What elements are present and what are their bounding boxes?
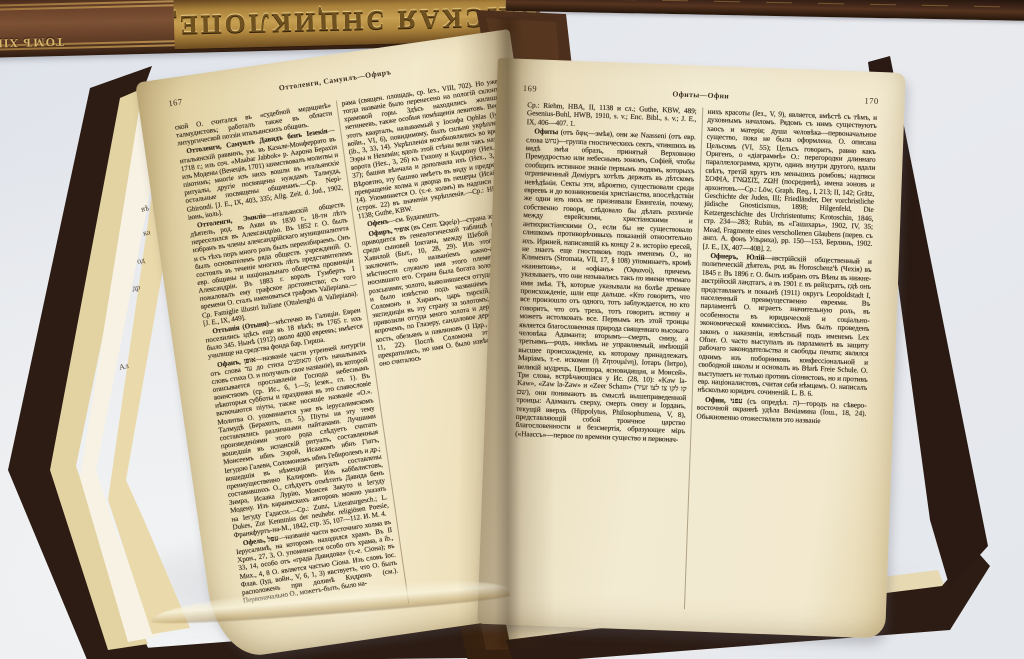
peek-letter: др <box>131 282 141 292</box>
peek-letter: од <box>136 255 146 265</box>
column-number-spacer <box>487 51 496 62</box>
article-paragraph: Офиты (отъ ὄφις—змѣя), они же Naasseni (… <box>515 127 696 444</box>
entry-headword: Офиты <box>534 127 558 137</box>
article-paragraph: Офни, עפני (съ опредѣл. ה)—городъ на сѣв… <box>696 395 866 426</box>
right-page-columns: Ср.: Riehm, HBA, II, 1138 и сл.; Guthe, … <box>504 101 882 616</box>
article-paragraph: рама (священ. площадь, ср. Іез., VIII, 7… <box>341 77 514 221</box>
article-paragraph: нихъ красоты (Іез., V, 9), является, вмѣ… <box>703 108 878 257</box>
article-paragraph: Оттоленги, Эмиліо—итальянскій обществ. д… <box>189 200 360 327</box>
article-paragraph: Офнеръ, Юлій—австрійскій общественный и … <box>697 252 872 401</box>
right-page: 169 Офиты—Офни 170 Ср.: Riehm, HBA, II, … <box>477 58 905 639</box>
column-number-170: 170 <box>864 95 879 106</box>
text-column-169: Ср.: Riehm, HBA, II, 1138 и сл.; Guthe, … <box>504 101 702 609</box>
article-paragraph: Офанъ, אופן—названіе части утренней литу… <box>209 339 390 539</box>
column-number-167: 167 <box>168 96 184 108</box>
column-number-169: 169 <box>523 83 538 94</box>
text-column-170: нихъ красоты (Іез., V, 9), является, вмѣ… <box>683 108 882 616</box>
entry-headword: Офни, עפני <box>705 395 743 405</box>
photo-scene: ТОМЪ XII ЕВРЕЙСКАЯ ЭНЦИКЛОПЕДІЯ вѣкаоддр <box>0 0 1024 659</box>
peek-letter: ка <box>142 227 151 237</box>
peek-letter: вѣ <box>140 203 150 213</box>
entry-headword: Офнеръ, Юлій <box>710 251 764 262</box>
